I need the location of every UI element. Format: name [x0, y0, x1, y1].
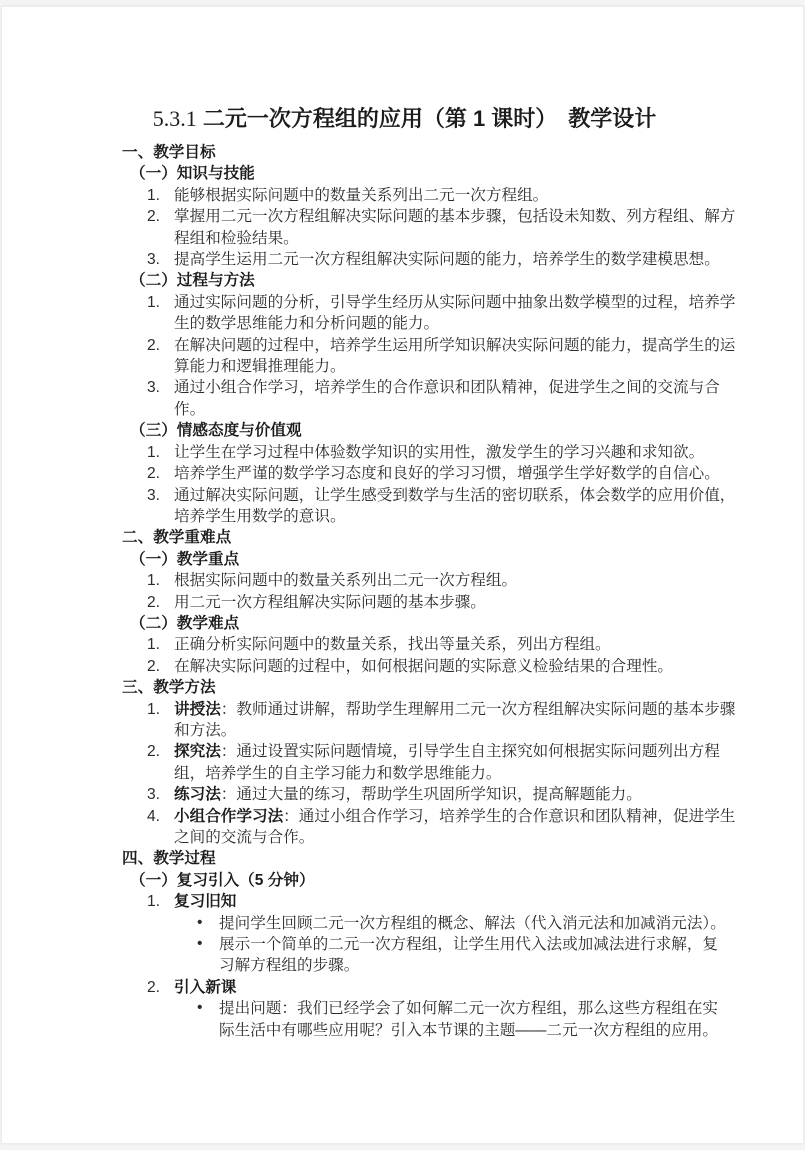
list-item-number: 2. [147, 206, 173, 227]
list-item: 3.通过解决实际问题，让学生感受到数学与生活的密切联系，体会数学的应用价值，培养… [122, 485, 739, 528]
numbered-list: 1.讲授法：教师通过讲解，帮助学生理解用二元一次方程组解决实际问题的基本步骤和方… [122, 699, 739, 849]
list-item: 1.能够根据实际问题中的数量关系列出二元一次方程组。 [122, 185, 739, 206]
list-item: 1.正确分析实际问题中的数量关系，找出等量关系，列出方程组。 [122, 634, 739, 655]
list-item-term: 讲授法 [174, 701, 221, 718]
list-item-text: 掌握用二元一次方程组解决实际问题的基本步骤，包括设未知数、列方程组、解方程组和检… [174, 206, 739, 249]
list-item: 2.引入新课•提出问题：我们已经学会了如何解二元一次方程组，那么这些方程组在实际… [122, 977, 739, 1041]
list-item-number: 1. [147, 570, 173, 591]
bullet-text: 提出问题：我们已经学会了如何解二元一次方程组，那么这些方程组在实际生活中有哪些应… [219, 1000, 718, 1038]
list-item-body: 根据实际问题中的数量关系列出二元一次方程组。 [174, 572, 517, 589]
list-item-number: 3. [147, 249, 173, 270]
list-item-text: 通过解决实际问题，让学生感受到数学与生活的密切联系，体会数学的应用价值，培养学生… [174, 485, 739, 528]
section-heading: 三、教学方法 [122, 677, 739, 698]
list-item-number: 1. [147, 292, 173, 313]
list-item: 3.练习法：通过大量的练习，帮助学生巩固所学知识，提高解题能力。 [122, 784, 739, 805]
numbered-list: 1.能够根据实际问题中的数量关系列出二元一次方程组。2.掌握用二元一次方程组解决… [122, 185, 739, 271]
list-item-text: 根据实际问题中的数量关系列出二元一次方程组。 [174, 570, 739, 591]
list-item-body: 提高学生运用二元一次方程组解决实际问题的能力，培养学生的数学建模思想。 [174, 251, 720, 268]
list-item-text: 小组合作学习法：通过小组合作学习，培养学生的合作意识和团队精神，促进学生之间的交… [174, 806, 739, 849]
bullet-text: 提问学生回顾二元一次方程组的概念、解法（代入消元法和加减消元法）。 [219, 915, 726, 932]
document-title-text: 二元一次方程组的应用（第 1 课时） 教学设计 [203, 106, 656, 131]
numbered-list: 1.复习旧知•提问学生回顾二元一次方程组的概念、解法（代入消元法和加减消元法）。… [122, 891, 739, 1041]
list-item: 2.用二元一次方程组解决实际问题的基本步骤。 [122, 592, 739, 613]
bullet-text: 展示一个简单的二元一次方程组，让学生用代入法或加减法进行求解，复习解方程组的步骤… [219, 936, 718, 974]
list-item-term: 练习法 [174, 786, 221, 803]
bullet-item: •展示一个简单的二元一次方程组，让学生用代入法或加减法进行求解，复习解方程组的步… [174, 934, 729, 977]
list-item-body: 让学生在学习过程中体验数学知识的实用性，激发学生的学习兴趣和求知欲。 [174, 444, 704, 461]
list-item-text: 引入新课 [174, 977, 739, 998]
list-item-number: 1. [147, 185, 173, 206]
list-item-body: 能够根据实际问题中的数量关系列出二元一次方程组。 [174, 187, 548, 204]
list-item-text: 在解决问题的过程中，培养学生运用所学知识解决实际问题的能力，提高学生的运算能力和… [174, 335, 739, 378]
subsection-heading: （二）过程与方法 [130, 270, 739, 291]
list-item: 2.探究法：通过设置实际问题情境，引导学生自主探究如何根据实际问题列出方程组，培… [122, 741, 739, 784]
list-item-body: ：教师通过讲解，帮助学生理解用二元一次方程组解决实际问题的基本步骤和方法。 [174, 701, 735, 739]
list-item: 2.在解决实际问题的过程中，如何根据问题的实际意义检验结果的合理性。 [122, 656, 739, 677]
list-item: 2.在解决问题的过程中，培养学生运用所学知识解决实际问题的能力，提高学生的运算能… [122, 335, 739, 378]
section-heading: 一、教学目标 [122, 142, 739, 163]
list-item-number: 3. [147, 377, 173, 398]
list-item: 1.让学生在学习过程中体验数学知识的实用性，激发学生的学习兴趣和求知欲。 [122, 442, 739, 463]
list-item-number: 1. [147, 634, 173, 655]
list-item-number: 3. [147, 784, 173, 805]
subsection-heading: （三）情感态度与价值观 [130, 420, 739, 441]
list-item-number: 1. [147, 442, 173, 463]
list-item: 3.提高学生运用二元一次方程组解决实际问题的能力，培养学生的数学建模思想。 [122, 249, 739, 270]
numbered-list: 1.正确分析实际问题中的数量关系，找出等量关系，列出方程组。2.在解决实际问题的… [122, 634, 739, 677]
numbered-list: 1.让学生在学习过程中体验数学知识的实用性，激发学生的学习兴趣和求知欲。2.培养… [122, 442, 739, 528]
list-item-text: 正确分析实际问题中的数量关系，找出等量关系，列出方程组。 [174, 634, 739, 655]
list-item-body: 培养学生严谨的数学学习态度和良好的学习习惯，增强学生学好数学的自信心。 [174, 465, 720, 482]
document-title-number: 5.3.1 [153, 106, 197, 131]
list-item-text: 在解决实际问题的过程中，如何根据问题的实际意义检验结果的合理性。 [174, 656, 739, 677]
bullet-item: •提出问题：我们已经学会了如何解二元一次方程组，那么这些方程组在实际生活中有哪些… [174, 998, 729, 1041]
list-item-body: 正确分析实际问题中的数量关系，找出等量关系，列出方程组。 [174, 636, 611, 653]
section-heading: 二、教学重难点 [122, 527, 739, 548]
document-body: 一、教学目标（一）知识与技能1.能够根据实际问题中的数量关系列出二元一次方程组。… [122, 142, 739, 1041]
bullet-icon: • [197, 997, 202, 1018]
list-item: 2.培养学生严谨的数学学习态度和良好的学习习惯，增强学生学好数学的自信心。 [122, 463, 739, 484]
list-item-text: 让学生在学习过程中体验数学知识的实用性，激发学生的学习兴趣和求知欲。 [174, 442, 739, 463]
list-item-text: 通过小组合作学习，培养学生的合作意识和团队精神，促进学生之间的交流与合作。 [174, 377, 739, 420]
section-heading: 四、教学过程 [122, 848, 739, 869]
subsection-heading: （一）教学重点 [130, 549, 739, 570]
list-item-body: 在解决问题的过程中，培养学生运用所学知识解决实际问题的能力，提高学生的运算能力和… [174, 337, 735, 375]
list-item: 3.通过小组合作学习，培养学生的合作意识和团队精神，促进学生之间的交流与合作。 [122, 377, 739, 420]
list-item-body: 用二元一次方程组解决实际问题的基本步骤。 [174, 594, 486, 611]
list-item-number: 2. [147, 592, 173, 613]
list-item-number: 2. [147, 656, 173, 677]
document-page: 5.3.1 二元一次方程组的应用（第 1 课时） 教学设计 一、教学目标（一）知… [1, 6, 804, 1144]
list-item: 1.讲授法：教师通过讲解，帮助学生理解用二元一次方程组解决实际问题的基本步骤和方… [122, 699, 739, 742]
list-item-text: 用二元一次方程组解决实际问题的基本步骤。 [174, 592, 739, 613]
list-item-text: 复习旧知 [174, 891, 739, 912]
list-item-body: 通过小组合作学习，培养学生的合作意识和团队精神，促进学生之间的交流与合作。 [174, 379, 720, 417]
list-item-body: 通过实际问题的分析，引导学生经历从实际问题中抽象出数学模型的过程，培养学生的数学… [174, 294, 735, 332]
list-item-body: ：通过大量的练习，帮助学生巩固所学知识，提高解题能力。 [221, 786, 642, 803]
list-item-term: 复习旧知 [174, 893, 236, 910]
list-item-text: 能够根据实际问题中的数量关系列出二元一次方程组。 [174, 185, 739, 206]
document-content: 5.3.1 二元一次方程组的应用（第 1 课时） 教学设计 一、教学目标（一）知… [2, 7, 739, 1041]
list-item: 1.通过实际问题的分析，引导学生经历从实际问题中抽象出数学模型的过程，培养学生的… [122, 292, 739, 335]
bullet-icon: • [197, 912, 202, 933]
list-item-body: 在解决实际问题的过程中，如何根据问题的实际意义检验结果的合理性。 [174, 658, 673, 675]
bullet-item: •提问学生回顾二元一次方程组的概念、解法（代入消元法和加减消元法）。 [174, 913, 729, 934]
list-item-number: 2. [147, 463, 173, 484]
list-item-number: 2. [147, 977, 173, 998]
bullet-icon: • [197, 933, 202, 954]
list-item-number: 3. [147, 485, 173, 506]
subsection-heading: （二）教学难点 [130, 613, 739, 634]
list-item: 2.掌握用二元一次方程组解决实际问题的基本步骤，包括设未知数、列方程组、解方程组… [122, 206, 739, 249]
list-item-number: 1. [147, 891, 173, 912]
list-item-text: 探究法：通过设置实际问题情境，引导学生自主探究如何根据实际问题列出方程组，培养学… [174, 741, 739, 784]
list-item-text: 提高学生运用二元一次方程组解决实际问题的能力，培养学生的数学建模思想。 [174, 249, 739, 270]
subsection-heading: （一）知识与技能 [130, 163, 739, 184]
list-item-number: 2. [147, 335, 173, 356]
numbered-list: 1.根据实际问题中的数量关系列出二元一次方程组。2.用二元一次方程组解决实际问题… [122, 570, 739, 613]
list-item-text: 讲授法：教师通过讲解，帮助学生理解用二元一次方程组解决实际问题的基本步骤和方法。 [174, 699, 739, 742]
list-item: 4.小组合作学习法：通过小组合作学习，培养学生的合作意识和团队精神，促进学生之间… [122, 806, 739, 849]
list-item-body: 掌握用二元一次方程组解决实际问题的基本步骤，包括设未知数、列方程组、解方程组和检… [174, 208, 735, 246]
list-item-text: 培养学生严谨的数学学习态度和良好的学习习惯，增强学生学好数学的自信心。 [174, 463, 739, 484]
list-item-number: 4. [147, 806, 173, 827]
list-item-number: 1. [147, 699, 173, 720]
list-item-body: 通过解决实际问题，让学生感受到数学与生活的密切联系，体会数学的应用价值，培养学生… [174, 487, 735, 525]
list-item-body: ：通过设置实际问题情境，引导学生自主探究如何根据实际问题列出方程组，培养学生的自… [174, 743, 720, 781]
list-item-term: 引入新课 [174, 979, 236, 996]
list-item: 1.复习旧知•提问学生回顾二元一次方程组的概念、解法（代入消元法和加减消元法）。… [122, 891, 739, 977]
document-title: 5.3.1 二元一次方程组的应用（第 1 课时） 教学设计 [2, 102, 805, 136]
list-item-text: 练习法：通过大量的练习，帮助学生巩固所学知识，提高解题能力。 [174, 784, 739, 805]
subsection-heading: （一）复习引入（5 分钟） [130, 870, 739, 891]
list-item-term: 探究法 [174, 743, 221, 760]
list-item-term: 小组合作学习法 [174, 808, 283, 825]
list-item-text: 通过实际问题的分析，引导学生经历从实际问题中抽象出数学模型的过程，培养学生的数学… [174, 292, 739, 335]
numbered-list: 1.通过实际问题的分析，引导学生经历从实际问题中抽象出数学模型的过程，培养学生的… [122, 292, 739, 420]
list-item: 1.根据实际问题中的数量关系列出二元一次方程组。 [122, 570, 739, 591]
list-item-number: 2. [147, 741, 173, 762]
